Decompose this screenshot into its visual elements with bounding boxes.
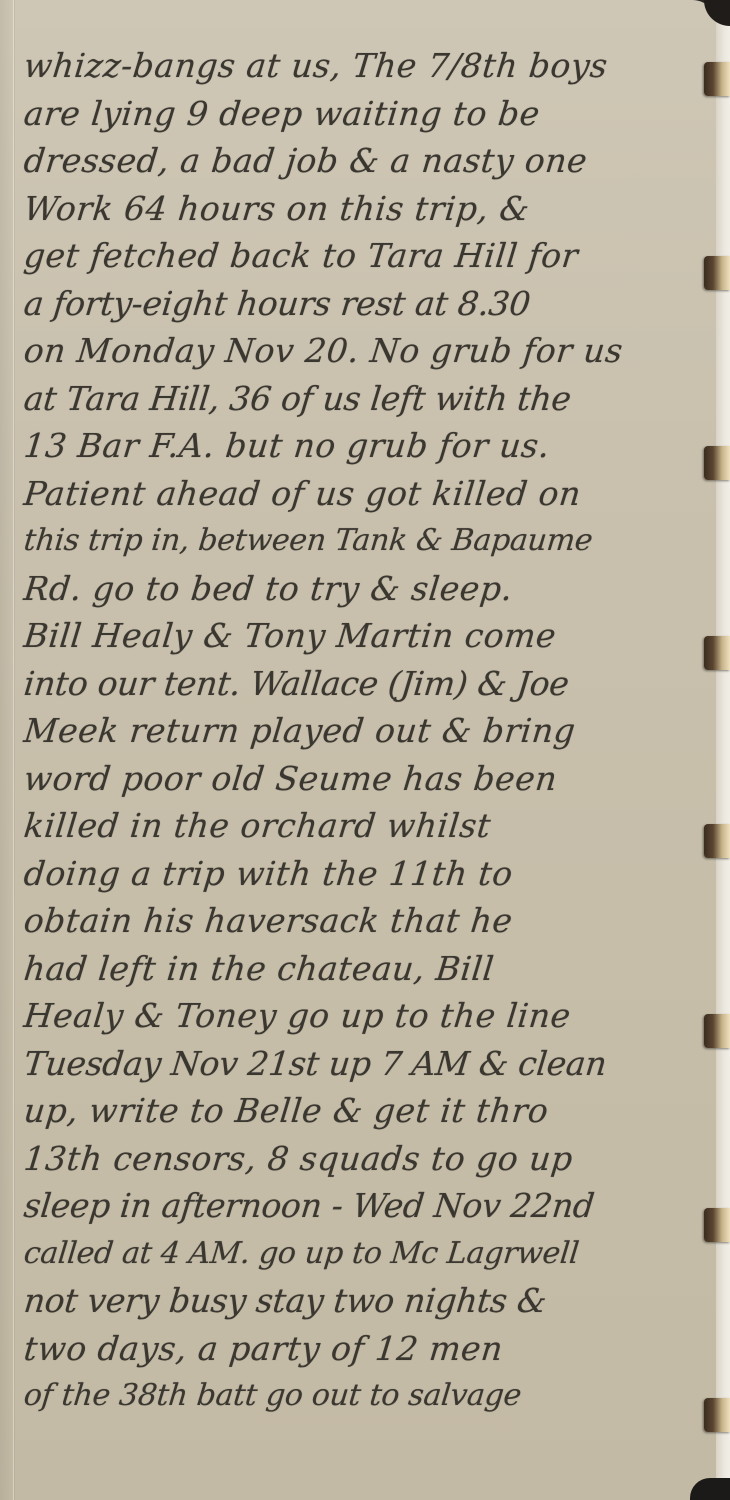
text-line: this trip in, between Tank & Bapaume xyxy=(22,517,707,565)
spiral-ring xyxy=(704,446,730,480)
text-line: a forty-eight hours rest at 8.30 xyxy=(22,280,707,328)
text-line: into our tent. Wallace (Jim) & Joe xyxy=(22,660,707,708)
handwritten-text: whizz-bangs at us, The 7/8th boys are ly… xyxy=(24,42,704,1420)
text-line: dressed, a bad job & a nasty one xyxy=(22,137,707,185)
text-line: Tuesday Nov 21st up 7 AM & clean xyxy=(22,1040,707,1088)
spiral-ring xyxy=(704,1208,730,1242)
spiral-ring xyxy=(704,1014,730,1048)
text-line: sleep in afternoon - Wed Nov 22nd xyxy=(22,1182,707,1230)
text-line: whizz-bangs at us, The 7/8th boys xyxy=(22,42,707,90)
text-line: killed in the orchard whilst xyxy=(22,802,707,850)
text-line: obtain his haversack that he xyxy=(22,897,707,945)
text-line: Work 64 hours on this trip, & xyxy=(22,185,707,233)
spiral-ring xyxy=(704,256,730,290)
text-line: two days, a party of 12 men xyxy=(22,1325,707,1373)
text-line: Rd. go to bed to try & sleep. xyxy=(22,565,707,613)
text-line: on Monday Nov 20. No grub for us xyxy=(22,327,707,375)
text-line: Healy & Toney go up to the line xyxy=(22,992,707,1040)
text-line: Patient ahead of us got killed on xyxy=(22,470,707,518)
spiral-ring xyxy=(704,1398,730,1432)
text-line: word poor old Seume has been xyxy=(22,755,707,803)
text-line: 13 Bar F.A. but no grub for us. xyxy=(22,422,707,470)
text-line: are lying 9 deep waiting to be xyxy=(22,90,707,138)
text-line: Meek return played out & bring xyxy=(22,707,707,755)
text-line: get fetched back to Tara Hill for xyxy=(22,232,707,280)
spiral-ring xyxy=(704,824,730,858)
page-edge xyxy=(716,0,730,1500)
text-line: not very busy stay two nights & xyxy=(22,1277,707,1325)
text-line: 13th censors, 8 squads to go up xyxy=(22,1135,707,1183)
diary-page: whizz-bangs at us, The 7/8th boys are ly… xyxy=(0,0,718,1500)
spiral-ring xyxy=(704,62,730,96)
text-line: had left in the chateau, Bill xyxy=(22,945,707,993)
text-line: up, write to Belle & get it thro xyxy=(22,1087,707,1135)
text-line: called at 4 AM. go up to Mc Lagrwell xyxy=(22,1230,707,1278)
spiral-ring xyxy=(704,636,730,670)
text-line: of the 38th batt go out to salvage xyxy=(22,1372,707,1420)
text-line: at Tara Hill, 36 of us left with the xyxy=(22,375,707,423)
text-line: doing a trip with the 11th to xyxy=(22,850,707,898)
text-line: Bill Healy & Tony Martin come xyxy=(22,612,707,660)
